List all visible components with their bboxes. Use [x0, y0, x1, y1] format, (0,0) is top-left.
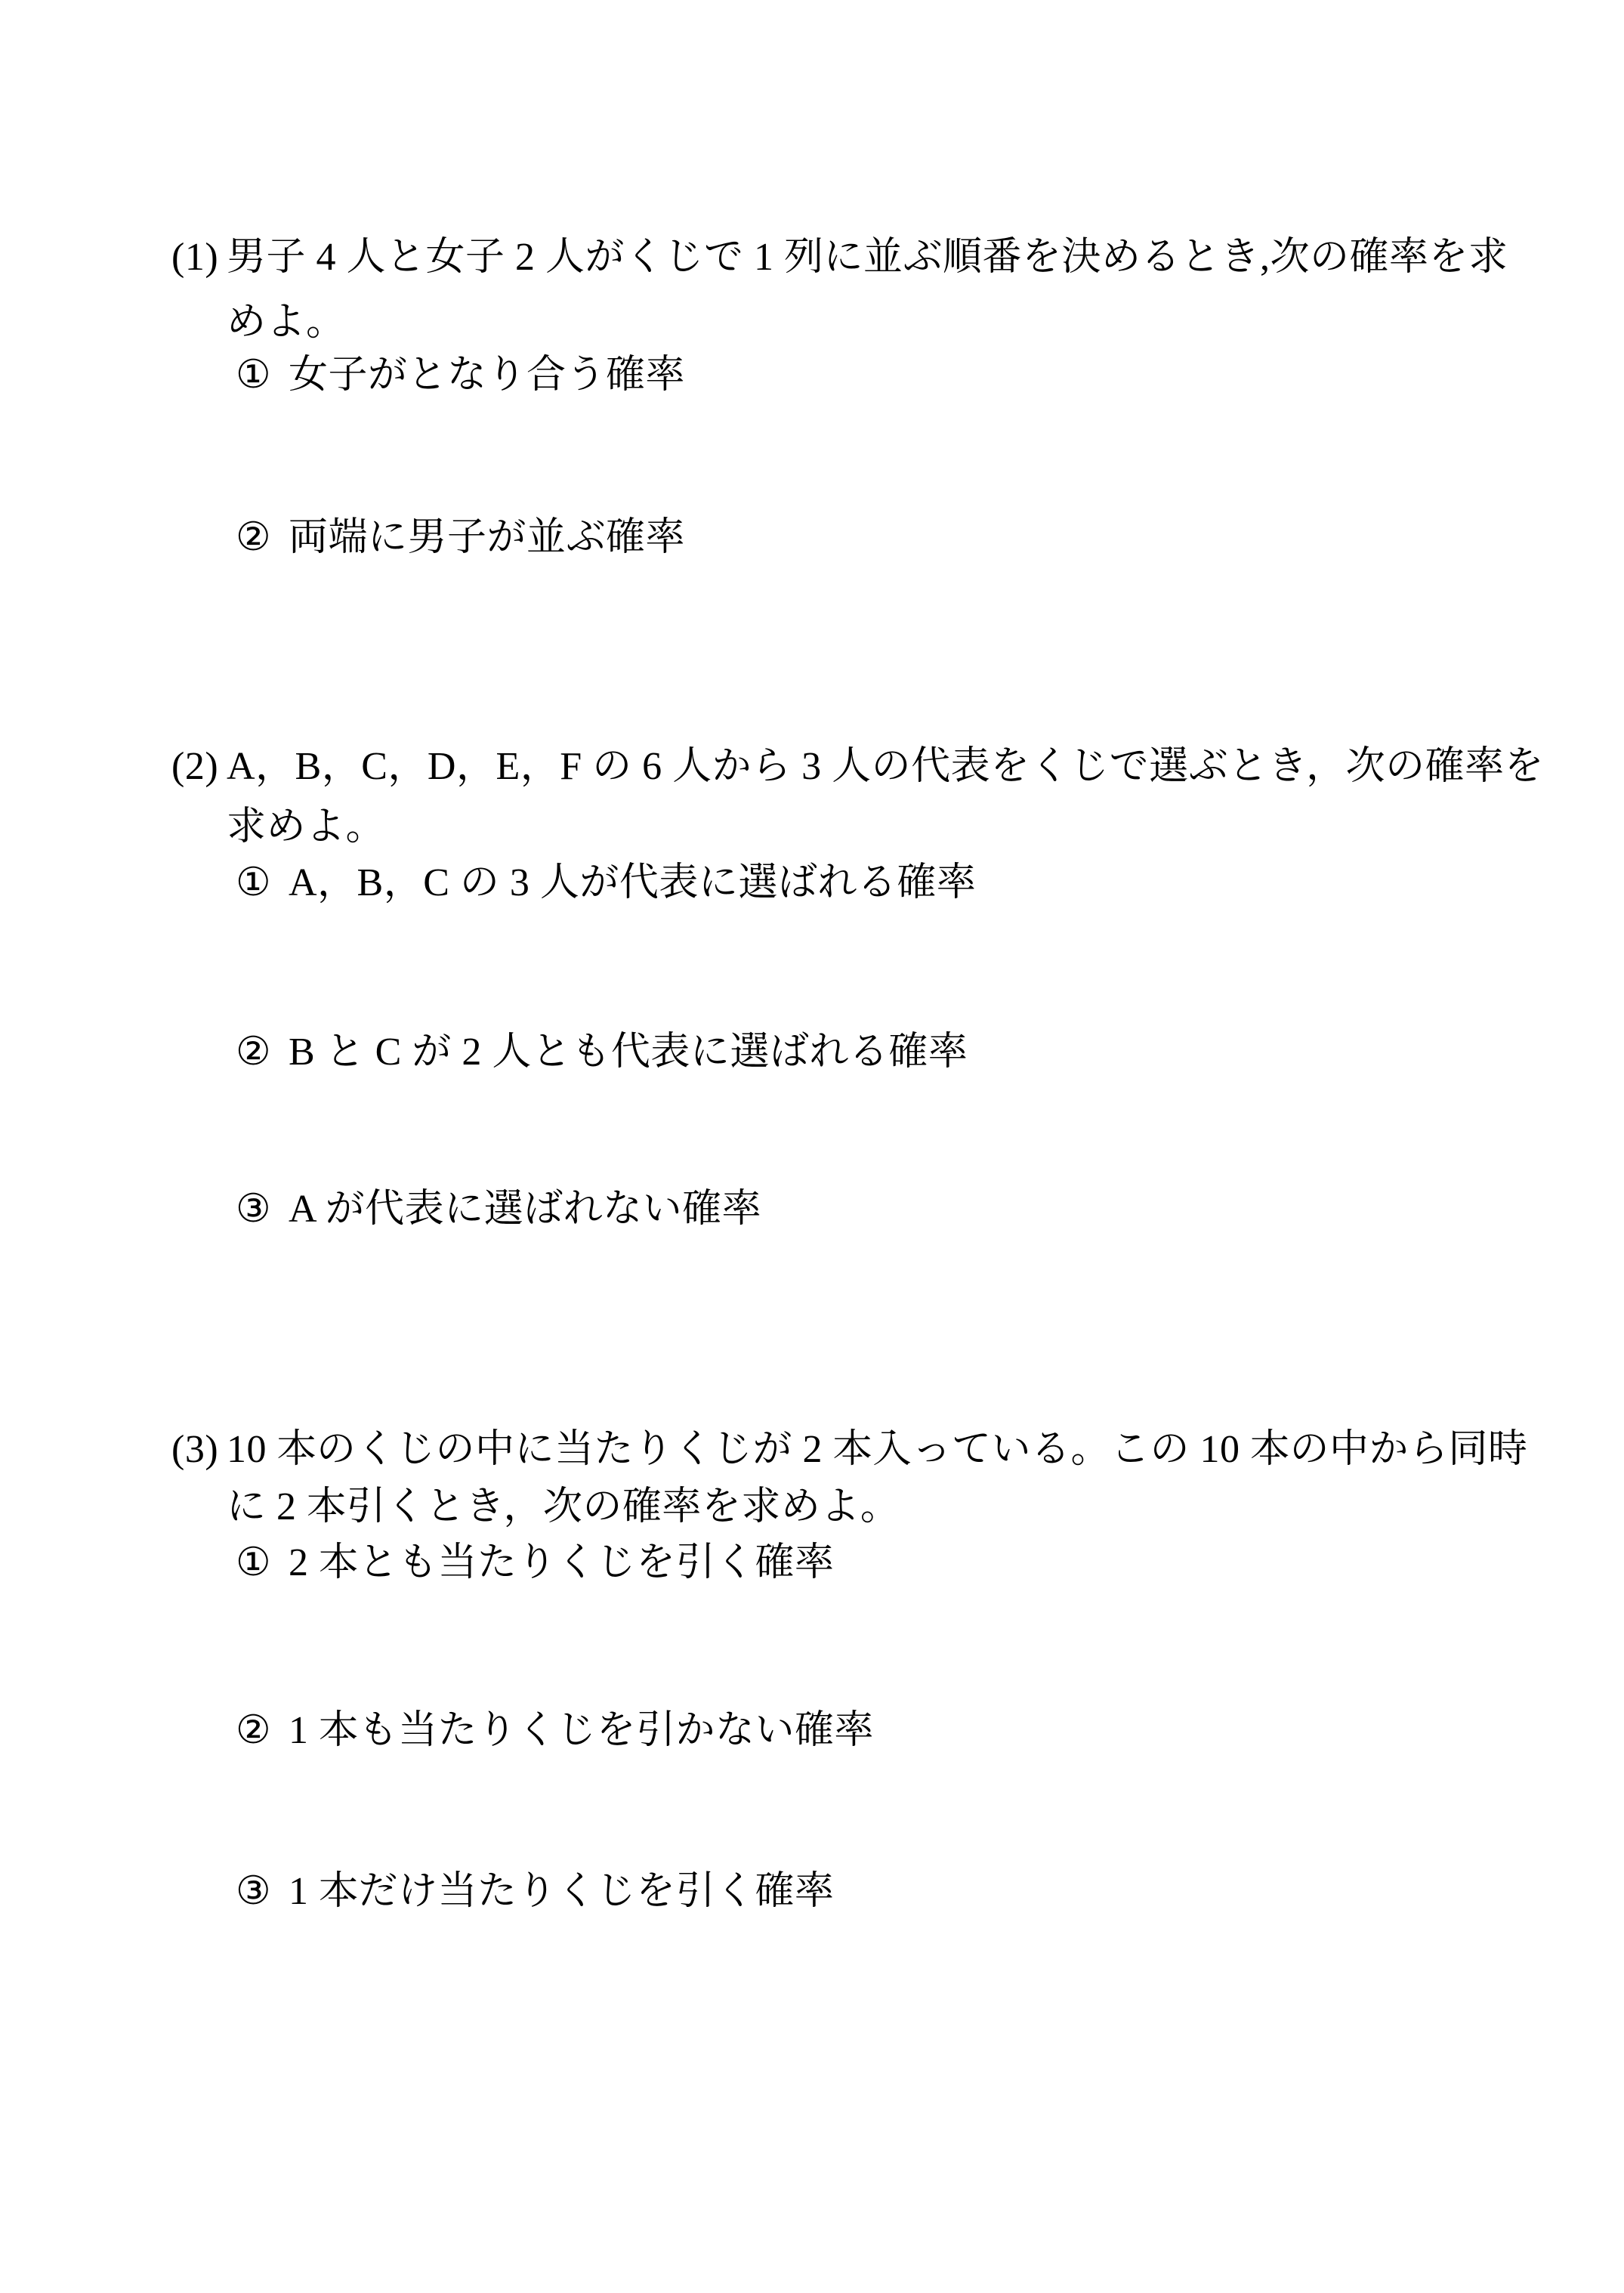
item-text: 女子がとなり合う確率: [289, 354, 685, 397]
circled-1-marker: ①: [236, 861, 289, 905]
problem-3-statement-text: 10 本のくじの中に当たりくじが 2 本入っている。この 10 本の中から同時: [227, 1428, 1528, 1471]
circled-2-marker: ②: [236, 516, 289, 560]
circled-3-marker: ③: [236, 1870, 289, 1914]
item-text: B と C が 2 人とも代表に選ばれる確率: [289, 1031, 968, 1074]
problem-2-statement-text: A，B，C，D，E，F の 6 人から 3 人の代表をくじで選ぶとき，次の確率を: [227, 745, 1544, 788]
problem-3-item-1: ①2 本とも当たりくじを引く確率: [236, 1541, 835, 1585]
problem-1-statement-text: 男子 4 人と女子 2 人がくじで 1 列に並ぶ順番を決めるとき,次の確率を求: [227, 236, 1508, 279]
worksheet-page: (1)男子 4 人と女子 2 人がくじで 1 列に並ぶ順番を決めるとき,次の確率…: [0, 0, 1624, 2293]
problem-2-item-3: ③A が代表に選ばれない確率: [236, 1188, 761, 1231]
problem-1-statement-line-1: (1)男子 4 人と女子 2 人がくじで 1 列に並ぶ順番を決めるとき,次の確率…: [171, 236, 1508, 280]
problem-1-item-2: ②両端に男子が並ぶ確率: [236, 516, 685, 560]
problem-3-number: (3): [171, 1428, 227, 1472]
item-text: 1 本も当たりくじを引かない確率: [289, 1709, 874, 1752]
item-text: 2 本とも当たりくじを引く確率: [289, 1541, 835, 1584]
problem-3-item-3: ③1 本だけ当たりくじを引く確率: [236, 1870, 835, 1914]
circled-1-marker: ①: [236, 1541, 289, 1585]
problem-3-statement-line-2: に 2 本引くとき，次の確率を求めよ。: [227, 1485, 900, 1529]
item-text: A が代表に選ばれない確率: [289, 1188, 761, 1231]
circled-1-marker: ①: [236, 354, 289, 397]
problem-2-number: (2): [171, 745, 227, 789]
problem-1-number: (1): [171, 236, 227, 280]
problem-1-item-1: ①女子がとなり合う確率: [236, 354, 685, 397]
problem-2-statement-line-2: 求めよ。: [227, 805, 385, 849]
problem-2-statement-line-1: (2)A，B，C，D，E，F の 6 人から 3 人の代表をくじで選ぶとき，次の…: [171, 745, 1544, 789]
problem-2-item-1: ①A，B，C の 3 人が代表に選ばれる確率: [236, 861, 976, 905]
circled-2-marker: ②: [236, 1031, 289, 1074]
item-text: 両端に男子が並ぶ確率: [289, 516, 685, 559]
problem-2-item-2: ②B と C が 2 人とも代表に選ばれる確率: [236, 1031, 968, 1074]
item-text: A，B，C の 3 人が代表に選ばれる確率: [289, 861, 976, 904]
circled-3-marker: ③: [236, 1188, 289, 1231]
problem-3-item-2: ②1 本も当たりくじを引かない確率: [236, 1709, 874, 1753]
problem-3-statement-line-1: (3)10 本のくじの中に当たりくじが 2 本入っている。この 10 本の中から…: [171, 1428, 1528, 1472]
problem-1-statement-line-2: めよ。: [227, 301, 346, 345]
circled-2-marker: ②: [236, 1709, 289, 1753]
item-text: 1 本だけ当たりくじを引く確率: [289, 1870, 835, 1913]
